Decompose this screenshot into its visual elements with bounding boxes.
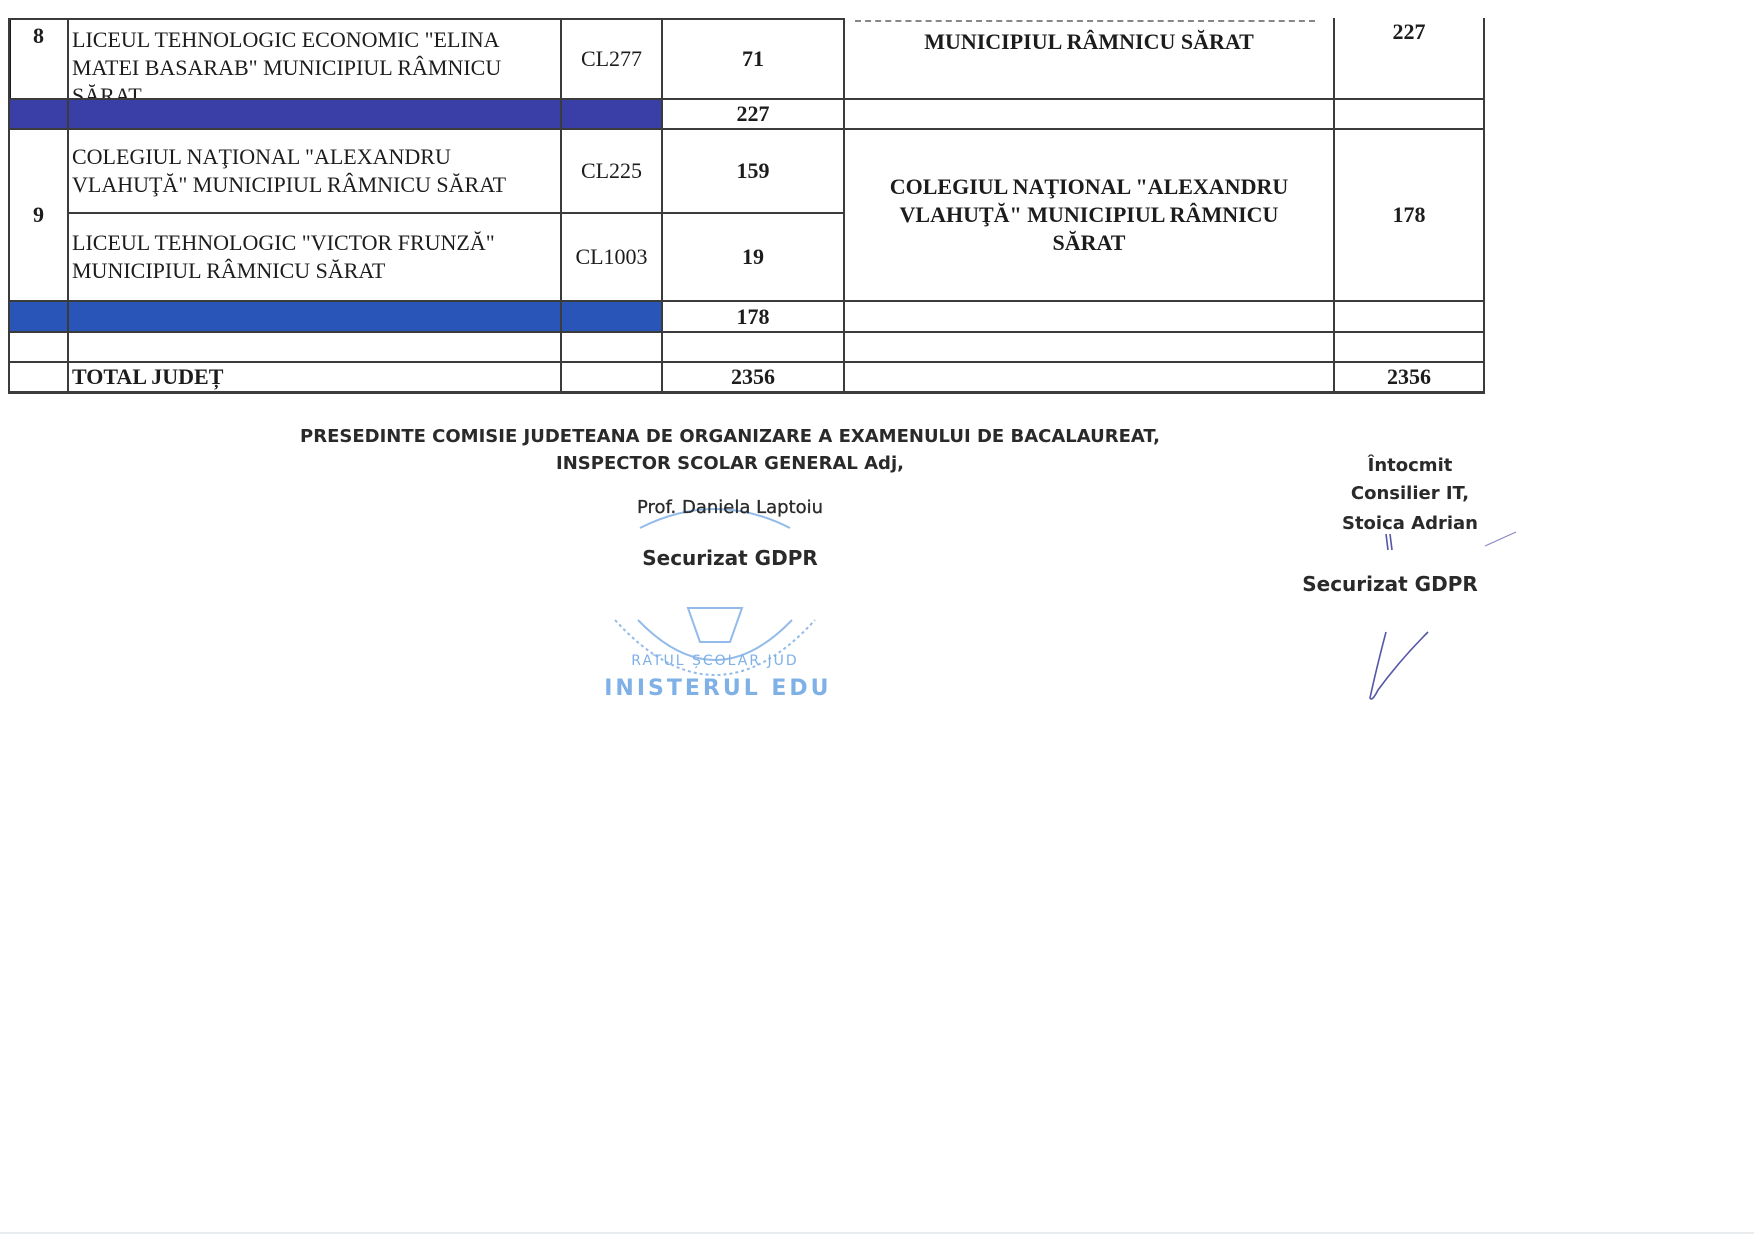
school-name: COLEGIUL NAŢIONAL "ALEXANDRU VLAHUŢĂ" MU…	[67, 128, 562, 214]
subtotal-blank	[843, 98, 1335, 130]
row-number: 9	[8, 128, 69, 302]
subtotal-blank	[843, 300, 1335, 333]
empty-cell	[8, 331, 69, 363]
exam-center: COLEGIUL NAŢIONAL "ALEXANDRU VLAHUŢĂ" MU…	[843, 128, 1335, 302]
gdpr-label: Securizat GDPR	[600, 546, 860, 570]
subtotal-blank	[8, 98, 69, 130]
center-capacity: 178	[1333, 128, 1485, 302]
candidate-count: 19	[661, 212, 845, 302]
center-capacity: 227	[1333, 18, 1485, 100]
empty-cell	[8, 361, 69, 394]
subtotal-blank	[560, 98, 663, 130]
signature-icon	[1320, 520, 1570, 710]
cropped-text-remnant	[855, 20, 1315, 25]
school-code: CL277	[560, 18, 663, 100]
empty-cell	[67, 331, 562, 363]
total-label: TOTAL JUDEȚ	[67, 361, 562, 394]
subtotal-blank	[1333, 300, 1485, 333]
empty-cell	[1333, 331, 1485, 363]
preparer-role: Consilier IT,	[1310, 483, 1510, 504]
row-number: 8	[8, 18, 69, 100]
exam-center: MUNICIPIUL RÂMNICU SĂRAT	[843, 18, 1335, 100]
scan-edge-line	[0, 1232, 1754, 1234]
subtotal-count: 178	[661, 300, 845, 333]
school-name: LICEUL TEHNOLOGIC ECONOMIC "ELINA MATEI …	[67, 18, 562, 100]
signatory-title-line1: PRESEDINTE COMISIE JUDETEANA DE ORGANIZA…	[250, 426, 1210, 447]
school-name-text: LICEUL TEHNOLOGIC ECONOMIC "ELINA MATEI …	[72, 26, 560, 100]
candidate-count: 71	[661, 18, 845, 100]
total-count: 2356	[661, 361, 845, 394]
signatory-name: Prof. Daniela Laptoiu	[500, 497, 960, 518]
candidate-count: 159	[661, 128, 845, 214]
empty-cell	[560, 331, 663, 363]
empty-cell	[560, 361, 663, 394]
total-capacity: 2356	[1333, 361, 1485, 394]
school-name: LICEUL TEHNOLOGIC "VICTOR FRUNZĂ" MUNICI…	[67, 212, 562, 302]
svg-text:MINISTERUL EDUC: MINISTERUL EDUC	[600, 676, 830, 701]
subtotal-blank	[67, 98, 562, 130]
empty-cell	[843, 331, 1335, 363]
svg-text:RATUL ȘCOLAR JUD: RATUL ȘCOLAR JUD	[631, 653, 798, 669]
subtotal-blank	[1333, 98, 1485, 130]
subtotal-blank	[560, 300, 663, 333]
prepared-by-label: Întocmit	[1310, 455, 1510, 476]
empty-cell	[661, 331, 845, 363]
subtotal-count: 227	[661, 98, 845, 130]
subtotal-blank	[8, 300, 69, 333]
empty-cell	[843, 361, 1335, 394]
subtotal-blank	[67, 300, 562, 333]
signatory-title-line2: INSPECTOR SCOLAR GENERAL Adj,	[250, 453, 1210, 474]
school-code: CL225	[560, 128, 663, 214]
school-code: CL1003	[560, 212, 663, 302]
